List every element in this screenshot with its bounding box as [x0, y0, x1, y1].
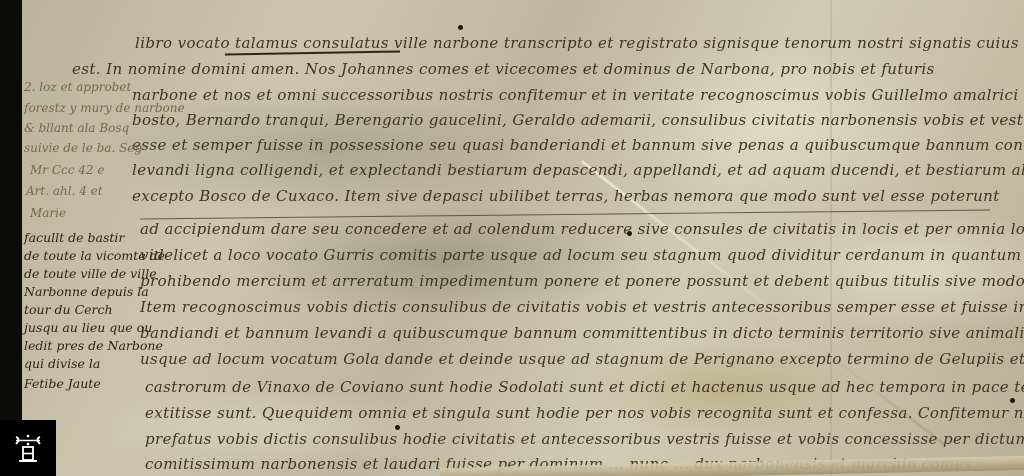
margin-note: Marie	[30, 206, 66, 220]
margin-note: tour du Cerch	[24, 302, 113, 317]
manuscript-line: bandiandi et bannum levandi a quibuscumq…	[140, 324, 1024, 342]
margin-note: jusqu au lieu que ou	[24, 320, 152, 335]
ink-spot	[1010, 398, 1015, 403]
manuscript-line: videlicet a loco vocato Gurris comitis p…	[140, 246, 1024, 264]
margin-note: qui divise la	[24, 356, 100, 371]
archive-logo	[0, 420, 56, 476]
manuscript-line: prefatus vobis dictis consulibus hodie c…	[145, 430, 1024, 448]
margin-note: Fetibe Jaute	[24, 376, 101, 391]
lighthouse-archive-logo-icon	[11, 431, 45, 465]
margin-note: facullt de bastir	[24, 230, 124, 245]
manuscript-line: prohibendo mercium et arreratum impedime…	[140, 272, 1024, 290]
margin-note: Narbonne depuis la	[24, 284, 149, 299]
manuscript-line: ad accipiendum dare seu concedere et ad …	[140, 220, 1024, 238]
manuscript-line: libro vocato talamus consulatus ville na…	[135, 34, 1024, 52]
margin-note: de toute la vicomte de	[24, 248, 165, 263]
manuscript-line: levandi ligna colligendi, et explectandi…	[132, 161, 1024, 179]
margin-note: & bllant ala Bosq	[24, 121, 129, 135]
manuscript-line: est. In nomine domini amen. Nos Johannes…	[72, 60, 935, 78]
margin-note: de toute ville de ville	[24, 266, 157, 281]
manuscript-line: castrorum de Vinaxo de Coviano sunt hodi…	[145, 378, 1024, 396]
ink-spot	[458, 25, 463, 30]
manuscript-line: Item recognoscimus vobis dictis consulib…	[140, 298, 1024, 316]
margin-note: Art. ahl. 4 et	[26, 184, 103, 198]
ink-spot	[627, 231, 632, 236]
manuscript-line: excepto Bosco de Cuxaco. Item sive depas…	[132, 187, 1000, 205]
ink-spot	[395, 425, 400, 430]
margin-note: ledit pres de Narbone	[24, 338, 163, 353]
manuscript-line: extitisse sunt. Quequidem omnia et singu…	[145, 404, 1024, 422]
manuscript-line: narbone et nos et omni successoribus nos…	[132, 86, 1019, 104]
margin-note: suivie de le ba. Seg	[24, 141, 142, 155]
margin-note: forestz y mury de narbone	[24, 101, 185, 115]
manuscript-line: usque ad locum vocatum Gola dande et dei…	[140, 350, 1024, 368]
manuscript-line: bosto, Bernardo tranqui, Berengario gauc…	[132, 111, 1024, 129]
margin-note: 2. loz et approbet	[24, 80, 131, 94]
manuscript-line: esse et semper fuisse in possessione seu…	[132, 136, 1024, 154]
margin-note: Mr Ccc 42 e	[30, 163, 104, 177]
